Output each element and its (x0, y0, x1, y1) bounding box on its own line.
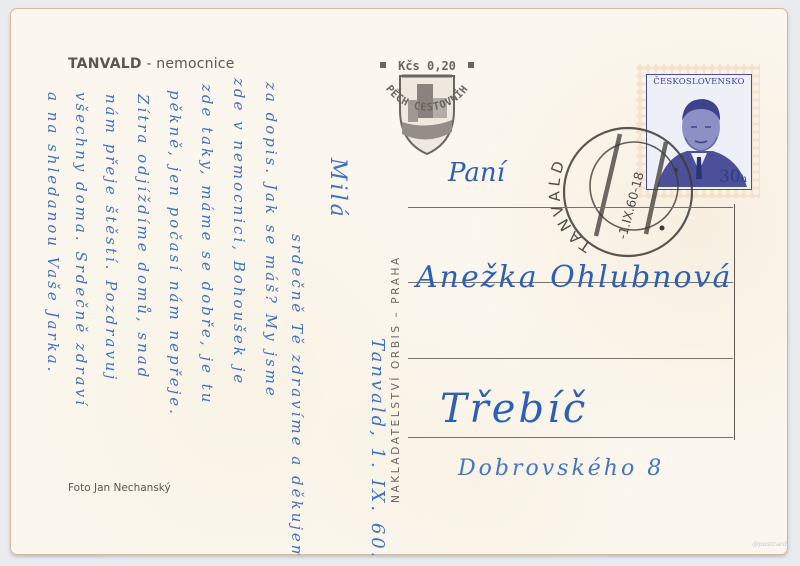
address-name: Anežka Ohlubnová (416, 260, 732, 295)
address-salutation: Paní (448, 158, 505, 188)
message-line: Zítra odjíždíme domů, snad (134, 94, 152, 380)
postcard-caption: TANVALD - nemocnice (68, 56, 235, 72)
message-place-date: Tanvald, 1. IX. 60. (367, 338, 388, 555)
message-greeting: Milá (325, 158, 350, 220)
postcard-back: TANVALD - nemocnice Foto Jan Nechanský N… (10, 8, 788, 555)
caption-place: TANVALD (68, 56, 142, 72)
stamp-value: 30h (719, 167, 747, 187)
message-line: pěkně, jen počasí nám nepřeje. (166, 90, 184, 417)
message-line: zde taky, máme se dobře, je tu (198, 84, 216, 405)
cancel-bar-icon (646, 142, 666, 234)
photo-credit: Foto Jan Nechanský (68, 482, 171, 494)
postmark-date: -1.IX.60-18 (614, 170, 646, 241)
watermark: @postcardgallery (752, 540, 788, 548)
publisher-imprint: NAKLADATELSTVÍ ORBIS – PRAHA (390, 255, 402, 503)
caption-separator: - (142, 56, 157, 72)
svg-text:TANVALD: TANVALD (548, 155, 595, 256)
caption-subject: nemocnice (156, 56, 234, 72)
cachet-value: Kčs 0,20 (398, 59, 456, 73)
message-line: zde v nemocnici, Bohoušek je (230, 78, 248, 386)
castle-emblem-icon (400, 76, 454, 154)
message-line: a na shledanou Vaše Jarka. (44, 92, 62, 374)
message-line: za dopis. Jak se máš? My jsme (262, 82, 280, 399)
message-line: všechny doma. Srdečně zdraví (72, 92, 90, 408)
message-line: srdečně Tě zdravíme a děkujeme (288, 234, 306, 555)
stamp-value-number: 30 (719, 167, 741, 187)
address-line-3 (408, 358, 733, 359)
address-border (734, 204, 735, 440)
address-line-4 (408, 437, 733, 438)
stamp-country: ČESKOSLOVENSKO (647, 77, 751, 87)
address-street: Dobrovského 8 (458, 456, 664, 481)
address-line-1 (408, 207, 733, 208)
postmark: TANVALD -1.IX.60-18 (548, 112, 708, 272)
address-city: Třebíč (440, 386, 588, 432)
stamp-value-unit: h (741, 174, 747, 185)
message-line: nám přeje štěstí. Pozdravuj (102, 94, 120, 382)
postmark-town: TANVALD (548, 155, 595, 256)
